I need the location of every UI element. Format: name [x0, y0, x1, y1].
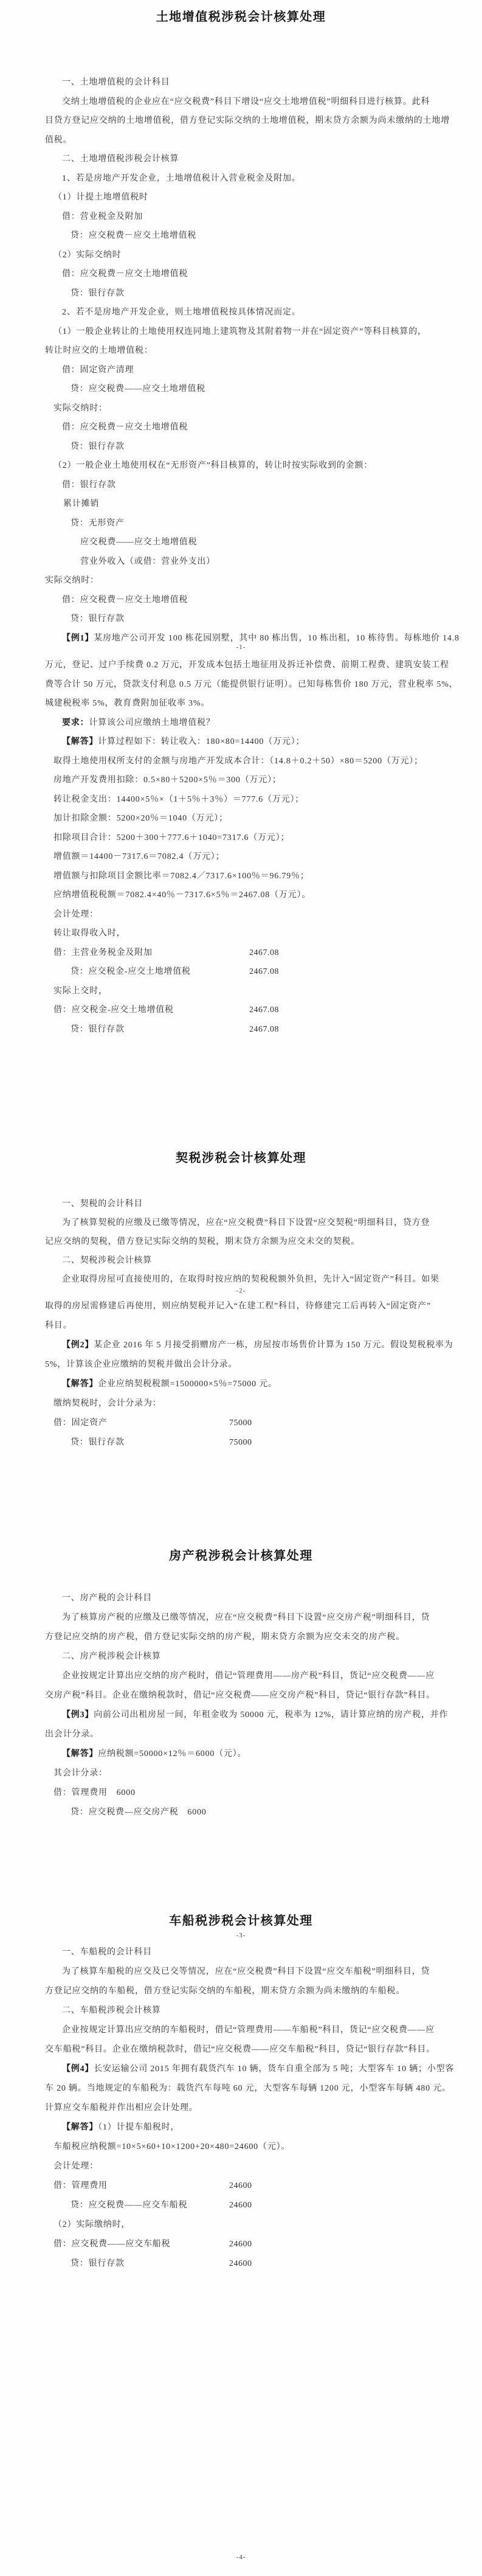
doc-line: 贷：无形资产 — [45, 514, 461, 533]
doc-body-block-vehicle-vessel-tax: 一、车船税的会计科目为了核算车船税的应交及已交等情况，应在“应交税费”科目下设置… — [0, 1943, 482, 2274]
doc-line: 借：银行存款 — [45, 476, 461, 495]
doc-line: 房地产开发费用扣除：0.5×80＋5200×5％＝300（万元）； — [45, 771, 461, 790]
doc-line: （1）计提土地增值税时 — [45, 188, 461, 207]
doc-line: 2、若不是房地产开发企业，则土地增值税按具体情况而定。 — [45, 303, 461, 322]
doc-body-block-deed-tax-2: 取得的房屋需修建后再使用，则应纳契税并记入“在建工程”科目，待修建完工后再转入“… — [0, 1297, 482, 1453]
doc-line: 借：应交税费－应交土地增值税 — [45, 418, 461, 437]
doc-line: 取得的房屋需修建后再使用，则应纳契税并记入“在建工程”科目，待修建完工后再转入“… — [45, 1297, 461, 1316]
doc-line: 车船税应纳税额=10×5×60+10×1200+20×480=24600（元）。 — [45, 2137, 461, 2157]
doc-line: 交纳土地增值税的企业应在“应交税费”科目下增设“应交土地增值税”明细科目进行核算… — [45, 92, 461, 112]
doc-line: 交房产税”科目。企业在缴纳税款时，借记“应交税费——应交房产税”科目，贷记“银行… — [45, 1686, 461, 1706]
doc-line: （2）一般企业土地使用权在“无形资产”科目核算的，转让时按实际收到的金额： — [45, 456, 461, 476]
doc-line: 扣除项目合计：5200＋300＋777.6＋1040=7317.6（万元）； — [45, 828, 461, 848]
entry-amount: 24600 — [229, 2196, 252, 2215]
doc-line: 贷：应交税费——应交土地增值税 — [45, 380, 461, 399]
doc-line: 一、房产税的会计科目 — [45, 1589, 461, 1608]
doc-line: 营业外收入（或借：营业外支出） — [45, 552, 461, 572]
doc-line: 二、契税涉税会计核算 — [45, 1251, 461, 1270]
doc-line: （2）实际交纳时 — [45, 246, 461, 265]
doc-line: 贷：银行存款24600 — [45, 2254, 461, 2274]
doc-line: 万元，登记、过户手续费 0.2 万元，开发成本包括土地征用及拆迁补偿费、前期工程… — [45, 656, 461, 675]
doc-line: 借：固定资产75000 — [45, 1414, 461, 1433]
doc-line: 转让取得收入时， — [45, 924, 461, 943]
doc-line: 【解答】计算过程如下：转让收入：180×80=14400（万元）； — [45, 732, 461, 752]
doc-line: 增值额与扣除项目金额比率＝7082.4／7317.6×100％＝96.79％； — [45, 867, 461, 886]
doc-line: 一、车船税的会计科目 — [45, 1943, 461, 1962]
entry-amount: 75000 — [229, 1414, 252, 1433]
doc-line: 要求：计算该公司应缴纳土地增值税？ — [45, 713, 461, 733]
doc-line: 为了核算车船税的应交及已交等情况，应在“应交税费”科目下设置“应交车船税”明细科… — [45, 1962, 461, 1982]
doc-line: 借：应交税费——应交车船税24600 — [45, 2235, 461, 2254]
doc-line: 记应交纳的契税，借方登记实际交纳的契税，期末贷方余额为应交未交的契税。 — [45, 1232, 461, 1251]
entry-amount: 2467.08 — [249, 1001, 279, 1020]
bold-prefix: 【解答】 — [62, 1380, 98, 1389]
doc-line: 【解答】应纳税额=50000×12％＝6000（元）。 — [45, 1745, 461, 1764]
entry-amount: 24600 — [229, 2254, 252, 2274]
doc-line: 5%，计算该企业应缴纳的契税并做出会计分录。 — [45, 1355, 461, 1375]
bold-prefix: 【例4】 — [62, 2064, 94, 2074]
doc-line: （2）实际缴纳时， — [45, 2215, 461, 2235]
doc-body-block-land-vat-1: 一、土地增值税的会计科目交纳土地增值税的企业应在“应交税费”科目下增设“应交土地… — [0, 73, 482, 648]
doc-line: 二、车船税涉税会计核算 — [45, 2001, 461, 2021]
doc-body-block-property-tax: 一、房产税的会计科目为了核算房产税的应缴及已缴等情况，应在“应交税费”科目下设置… — [0, 1589, 482, 1822]
entry-amount: 2467.08 — [249, 943, 279, 963]
doc-line: 出会计分录。 — [45, 1725, 461, 1745]
page-number-2: -2- — [0, 1286, 482, 1296]
doc-line: 贷：银行存款75000 — [45, 1433, 461, 1453]
doc-line: 企业按规定计算出应交纳的房产税时，借记“管理费用——房产税”科目，货记“应交税费… — [45, 1667, 461, 1686]
doc-line: 交车船税”科目。企业在缴纳税款时，借记“应交税费——应交车船税”科目，贷记“银行… — [45, 2040, 461, 2060]
doc-line: 借：应交税费－应交土地增值税 — [45, 591, 461, 610]
doc-line: 累计摊销 — [45, 495, 461, 514]
doc-line: 城建税税率 5%，教育费附加征收率 3%。 — [45, 694, 461, 713]
doc-line: 实际交纳时： — [45, 571, 461, 591]
entry-amount: 2467.08 — [249, 962, 279, 982]
doc-line: 借：固定资产清理 — [45, 361, 461, 380]
doc-line: 1、若是房地产开发企业，土地增值税计入营业税金及附加。 — [45, 169, 461, 189]
doc-line: 贷：银行存款 — [45, 609, 461, 629]
doc-line: 贷：应交税金-应交土地增值税2467.08 — [45, 962, 461, 982]
doc-line: 借：应交税费－应交土地增值税 — [45, 265, 461, 284]
doc-line: 借：管理费用24600 — [45, 2176, 461, 2196]
bold-prefix: 【解答】 — [62, 2123, 98, 2132]
page-number-4: -4- — [0, 2552, 482, 2562]
doc-line: 贷：应交税费——应交车船税24600 — [45, 2196, 461, 2215]
doc-line: 转让税金支出：14400×5％×（1＋5％＋3％）＝777.6（万元）； — [45, 790, 461, 810]
doc-line: 目贷方登记应交纳的土地增值税，借方登记实际交纳的土地增值税，期末贷方余额为尚未缴… — [45, 111, 461, 131]
doc-line: 取得土地使用权所支付的金额与房地产开发成本合计：（14.8＋0.2＋50）×80… — [45, 752, 461, 771]
doc-line: 会计处理： — [45, 2157, 461, 2176]
doc-body-block-land-vat-2: 万元，登记、过户手续费 0.2 万元，开发成本包括土地征用及拆迁补偿费、前期工程… — [0, 656, 482, 1039]
page-number-3: -3- — [0, 1931, 482, 1940]
doc-line: 会计处理： — [45, 905, 461, 925]
doc-line: 贷：银行存款 — [45, 437, 461, 457]
doc-line: 加计扣除金额：5200×20％＝1040（万元）； — [45, 809, 461, 828]
doc-line: 借：应交税金-应交土地增值税2467.08 — [45, 1001, 461, 1020]
section-title-property-tax: 房产税涉税会计核算处理 — [0, 1549, 482, 1563]
bold-prefix: 【解答】 — [62, 737, 98, 746]
bold-prefix: 【例1】 — [62, 634, 94, 643]
doc-line: 其会计分录： — [45, 1764, 461, 1783]
doc-line: 贷：应交税费—应交房产税 6000 — [45, 1803, 461, 1822]
doc-line: 【解答】企业应纳契税税额=1500000×5％=75000 元。 — [45, 1375, 461, 1394]
bold-prefix: 【解答】 — [62, 1749, 98, 1758]
doc-line: 一、土地增值税的会计科目 — [45, 73, 461, 92]
doc-line: 转让时应交的土地增值税： — [45, 341, 461, 361]
entry-amount: 2467.08 — [249, 1020, 279, 1040]
doc-line: 【例4】长安运输公司 2015 年拥有载货汽车 10 辆，货车自重全部为 5 吨… — [45, 2060, 461, 2079]
doc-line: 费等合计 50 万元，贷款支付利息 0.5 万元（能提供银行证明）。已知每栋售价… — [45, 675, 461, 695]
doc-line: 为了核算房产税的应缴及已缴等情况，应在“应交税费”科目下设置“应交房产税”明细科… — [45, 1608, 461, 1628]
doc-line: 【解答】（1）计提车船税时， — [45, 2118, 461, 2137]
doc-line: 应纳增值税税额＝7082.4×40％－7317.6×5％＝2467.08（万元）… — [45, 886, 461, 905]
doc-line: 缴纳契税时，会计分录为： — [45, 1394, 461, 1414]
document-page: 土地增值税涉税会计核算处理 一、土地增值税的会计科目交纳土地增值税的企业应在“应… — [0, 0, 482, 2576]
doc-line: 实际上交时， — [45, 982, 461, 1001]
section-title-vehicle-vessel-tax: 车船税涉税会计核算处理 — [0, 1914, 482, 1928]
section-title-deed-tax: 契税涉税会计核算处理 — [0, 1151, 482, 1165]
doc-line: 贷：银行存款2467.08 — [45, 1020, 461, 1040]
entry-amount: 24600 — [229, 2176, 252, 2196]
doc-body-block-deed-tax-1: 一、契税的会计科目为了核算契税的应缴及已缴等情况，应在“应交税费”科目下设置“应… — [0, 1195, 482, 1289]
doc-line: 应交税费——应交土地增值税 — [45, 533, 461, 552]
doc-line: 二、房产税涉税会计核算 — [45, 1647, 461, 1667]
doc-line: 计算应交车船税并作出相应会计处理。 — [45, 2099, 461, 2118]
doc-line: 【例2】某企业 2016 年 5 月接受捐赠房产一栋，房屋按市场售价计算为 15… — [45, 1336, 461, 1355]
bold-prefix: 【例2】 — [62, 1341, 94, 1350]
doc-line: 二、土地增值税涉税会计核算 — [45, 150, 461, 169]
entry-amount: 75000 — [229, 1433, 252, 1453]
doc-line: 为了核算契税的应缴及已缴等情况，应在“应交税费”科目下设置“应交契税”明细科目，… — [45, 1213, 461, 1232]
doc-line: （1）一般企业转让的土地使用权连同地上建筑物及其附着物一并在“固定资产”等科目核… — [45, 322, 461, 342]
page-number-1: -1- — [0, 642, 482, 652]
doc-line: 贷：应交税费－应交土地增值税 — [45, 226, 461, 246]
doc-line: 借：主营业务税金及附加2467.08 — [45, 943, 461, 963]
entry-amount: 24600 — [229, 2235, 252, 2254]
doc-line: 车 20 辆。当地规定的车船税为：载货汽车每吨 60 元，大型客车每辆 1200… — [45, 2079, 461, 2099]
doc-line: 企业按规定计算出应交纳的车船税时，借记“管理费用——车船税”科目，货记“应交税费… — [45, 2021, 461, 2040]
doc-line: 值税。 — [45, 131, 461, 150]
doc-line: 一、契税的会计科目 — [45, 1195, 461, 1213]
doc-line: 贷：银行存款 — [45, 284, 461, 304]
bold-prefix: 【例3】 — [62, 1710, 94, 1720]
bold-prefix: 要求： — [62, 718, 89, 727]
doc-line: 增值额＝14400－7317.6＝7082.4（万元）； — [45, 847, 461, 867]
doc-line: 借：管理费用 6000 — [45, 1783, 461, 1803]
doc-line: 【例3】向前公司出租房屋一间，年租金收为 50000 元，税率为 12%，请计算… — [45, 1706, 461, 1725]
doc-line: 方登记应交纳的房产税，借方登记实际交纳的房产税，期末贷方余额为应交未交的房产税。 — [45, 1628, 461, 1647]
doc-line: 方登记应交纳的车船税，借方登记实际交纳的车船税，期末贷方余额为尚未缴纳的车船税。 — [45, 1982, 461, 2001]
section-title-land-vat: 土地增值税涉税会计核算处理 — [0, 10, 482, 24]
doc-line: 科目。 — [45, 1316, 461, 1336]
doc-line: 实际交纳时： — [45, 399, 461, 418]
doc-line: 借：营业税金及附加 — [45, 207, 461, 227]
